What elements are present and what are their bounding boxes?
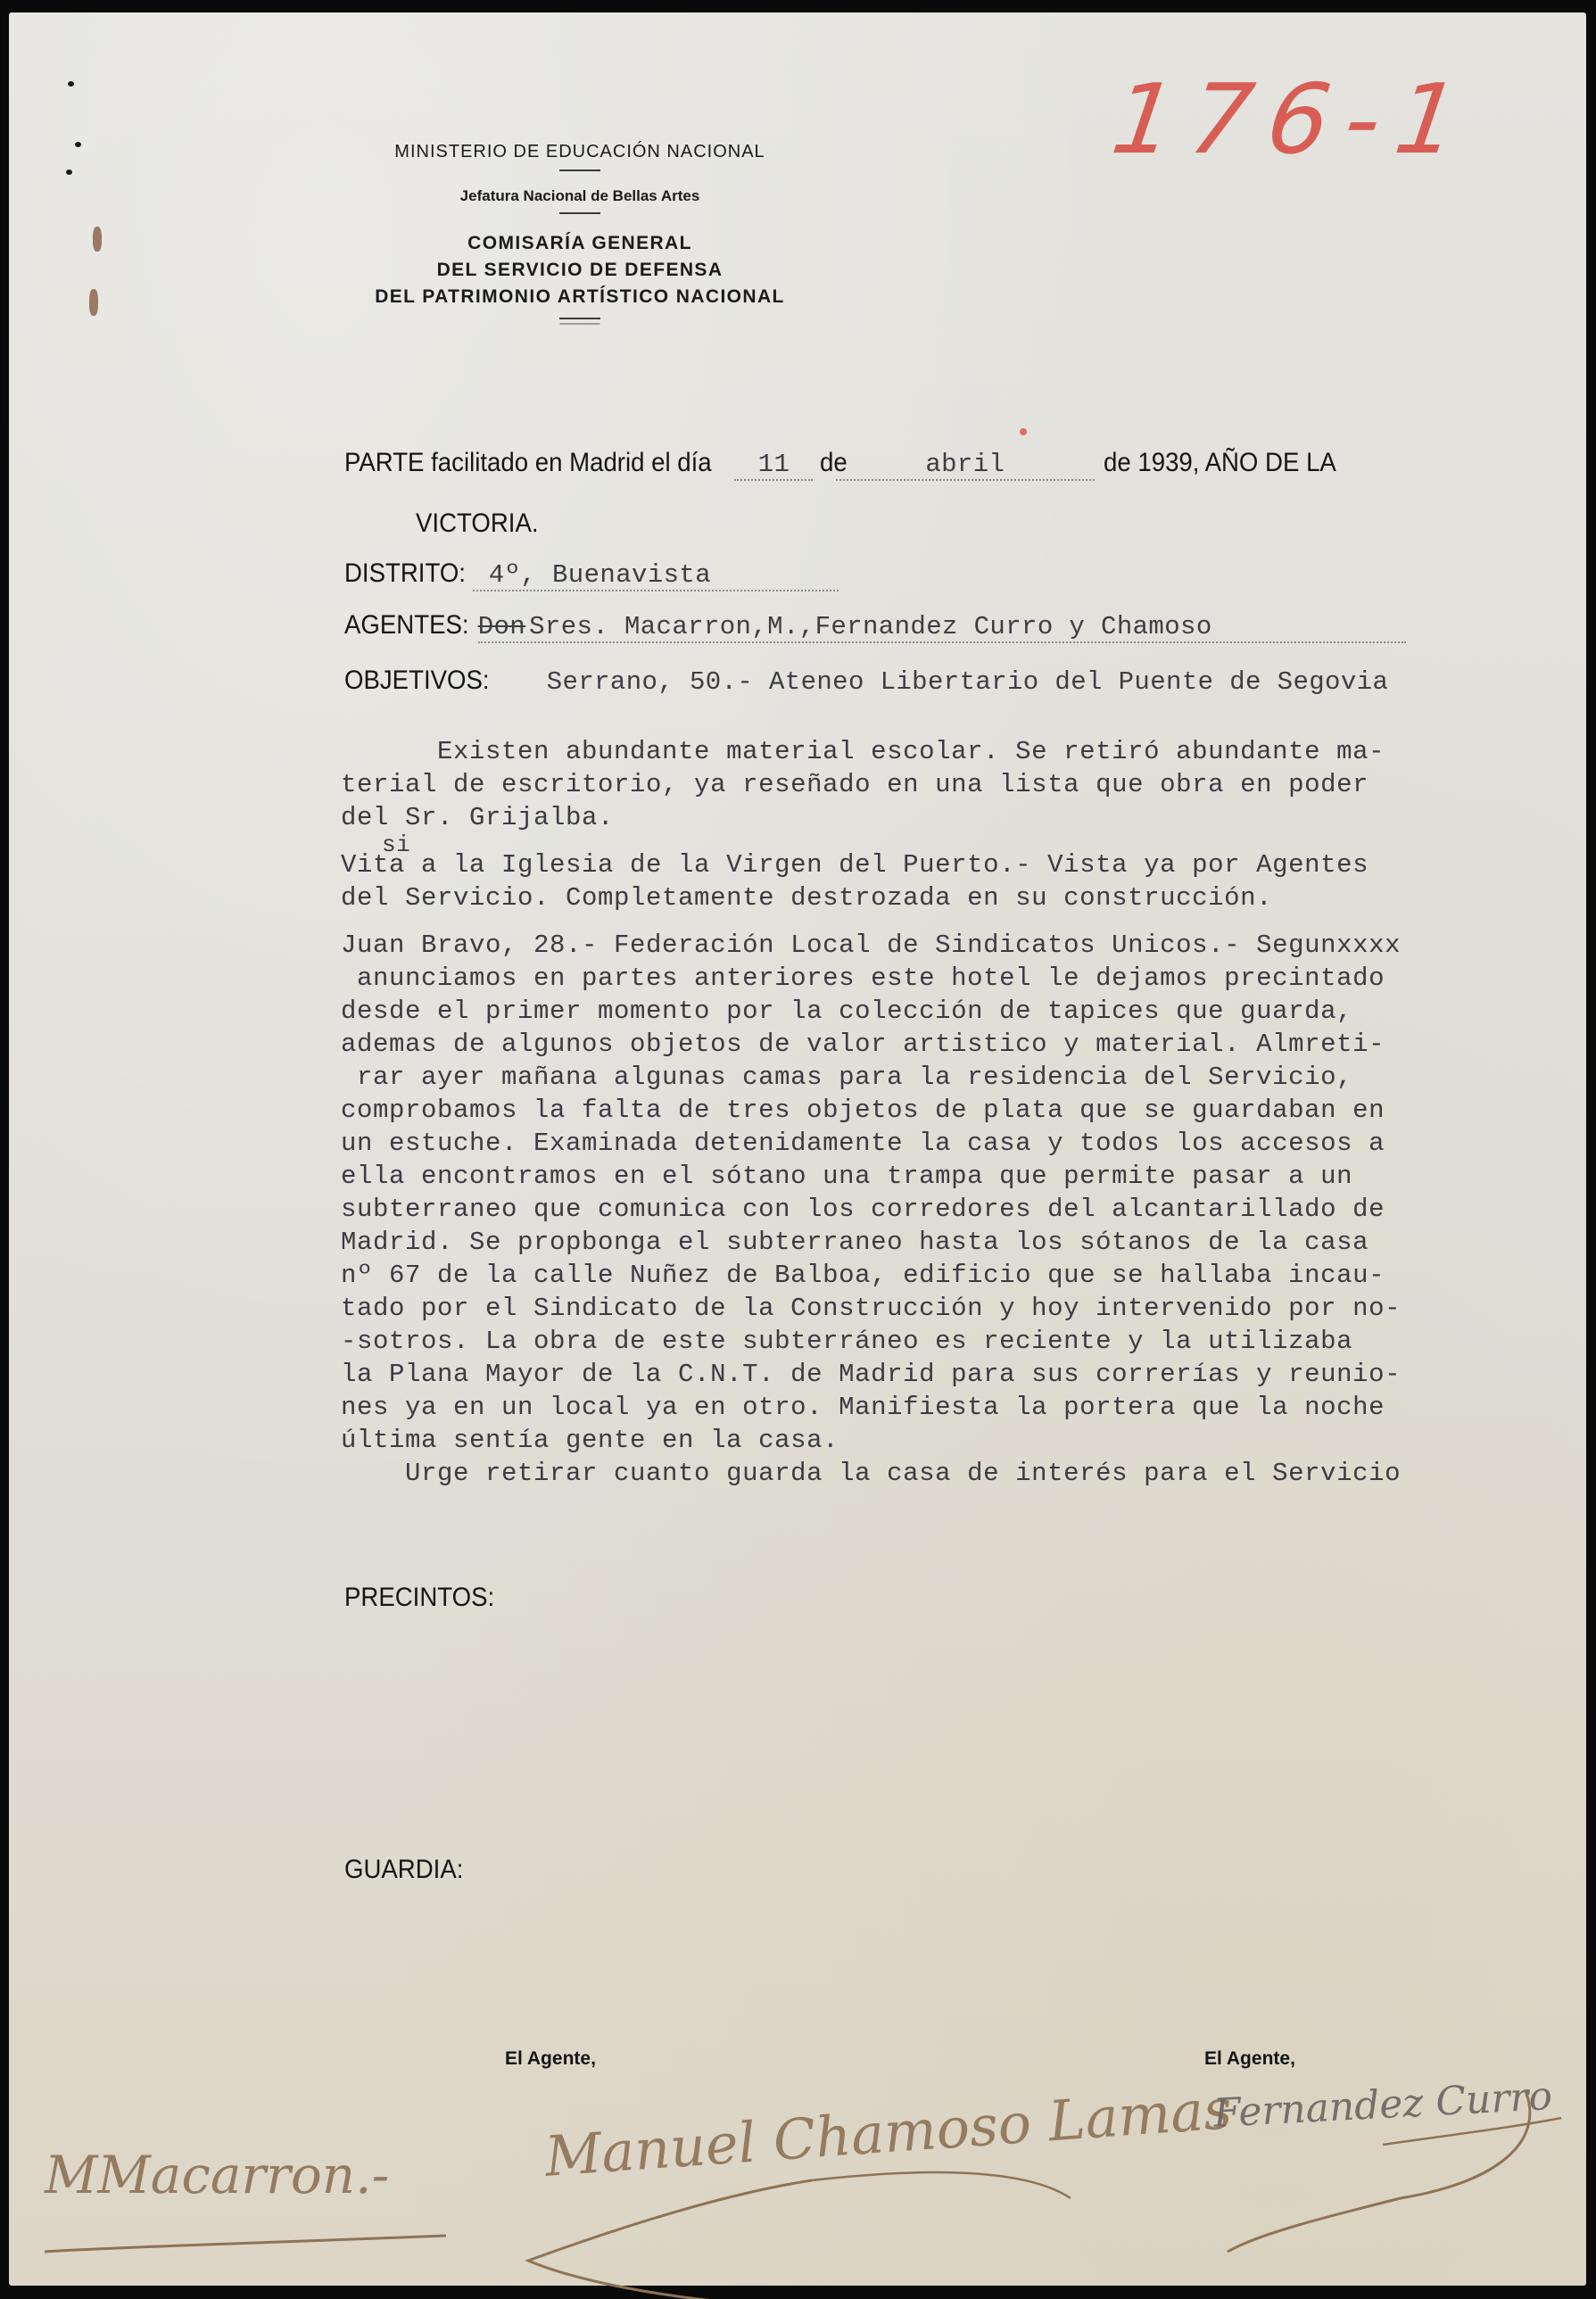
divider	[559, 170, 600, 171]
commission-line-3: DEL PATRIMONIO ARTÍSTICO NACIONAL	[339, 284, 821, 310]
handwritten-insert: si	[382, 829, 410, 862]
body-line: un estuche. Examinada detenidamente la c…	[341, 1127, 1572, 1160]
agent-label-right: El Agente,	[1204, 2048, 1295, 2070]
signature-flourish	[1222, 2082, 1579, 2261]
distrito-field: 4º, Buenavista	[473, 560, 839, 591]
agentes-label: AGENTES:	[344, 610, 469, 641]
body-line: ademas de algunos objetos de valor artis…	[341, 1028, 1572, 1061]
report-body: Existen abundante material escolar. Se r…	[341, 735, 1572, 1490]
divider	[559, 212, 600, 214]
paragraph-iglesia: si Vita a la Iglesia de la Virgen del Pu…	[341, 848, 1572, 914]
guardia-label: GUARDIA:	[344, 1855, 463, 1885]
agentes-struck-text: Don	[478, 612, 525, 641]
month-field: abril	[836, 450, 1095, 481]
commission-name: COMISARÍA GENERAL DEL SERVICIO DE DEFENS…	[339, 230, 821, 310]
body-line: Juan Bravo, 28.- Federación Local de Sin…	[341, 929, 1572, 962]
body-line: -sotros. La obra de este subterráneo es …	[341, 1325, 1572, 1358]
precintos-line: PRECINTOS:	[344, 1583, 508, 1613]
body-line: nº 67 de la calle Nuñez de Balboa, edifi…	[341, 1259, 1572, 1292]
red-pencil-dot	[1020, 428, 1027, 435]
body-line: Madrid. Se propbonga el subterraneo hast…	[341, 1226, 1572, 1259]
commission-line-1: COMISARÍA GENERAL	[339, 230, 821, 257]
victoria-line: VICTORIA.	[416, 509, 549, 539]
body-line: Vita a la Iglesia de la Virgen del Puert…	[341, 848, 1572, 881]
body-line: la Plana Mayor de la C.N.T. de Madrid pa…	[341, 1358, 1572, 1391]
year-label: de 1939, AÑO DE LA	[1104, 448, 1336, 478]
paragraph-juan-bravo: Juan Bravo, 28.- Federación Local de Sin…	[341, 929, 1572, 1490]
archive-reference-number: 176-1	[1105, 64, 1481, 176]
distrito-label: DISTRITO:	[344, 558, 466, 589]
body-line: terial de escritorio, ya reseñado en una…	[341, 768, 1572, 801]
punch-hole-mark	[66, 170, 72, 175]
day-value: 11	[758, 450, 790, 479]
guardia-line: GUARDIA:	[344, 1855, 474, 1885]
body-line: rar ayer mañana algunas camas para la re…	[341, 1061, 1572, 1094]
rust-stain	[93, 227, 102, 252]
agentes-value: Sres. Macarron,M.,Fernandez Curro y Cham…	[529, 612, 1212, 641]
report-date-line: PARTE facilitado en Madrid el día 11 de …	[344, 448, 1356, 481]
body-line: anunciamos en partes anteriores este hot…	[341, 962, 1572, 995]
objetivos-value: Serrano, 50.- Ateneo Libertario del Puen…	[547, 667, 1389, 697]
distrito-line: DISTRITO: 4º, Buenavista	[344, 558, 839, 591]
de-label: de	[820, 448, 848, 478]
agent-label-left: El Agente,	[505, 2048, 596, 2070]
victoria-label: VICTORIA.	[416, 509, 539, 539]
rust-stain	[89, 289, 98, 316]
body-line: nes ya en un local ya en otro. Manifiest…	[341, 1391, 1572, 1424]
punch-hole-mark	[75, 142, 81, 147]
ministry-name: MINISTERIO DE EDUCACIÓN NACIONAL	[339, 142, 821, 162]
body-line: Urge retirar cuanto guarda la casa de in…	[341, 1457, 1572, 1490]
signature-flourish	[517, 2145, 1142, 2299]
body-line: Existen abundante material escolar. Se r…	[341, 735, 1572, 768]
letterhead: MINISTERIO DE EDUCACIÓN NACIONAL Jefatur…	[339, 142, 821, 319]
body-line: comprobamos la falta de tres objetos de …	[341, 1094, 1572, 1127]
distrito-value: 4º, Buenavista	[489, 560, 711, 590]
body-line: ella encontramos en el sótano una trampa…	[341, 1160, 1572, 1193]
month-value: abril	[925, 450, 1005, 479]
objetivos-label: OBJETIVOS:	[344, 666, 490, 696]
paragraph-material-escolar: Existen abundante material escolar. Se r…	[341, 735, 1572, 834]
agentes-line: AGENTES: Don Sres. Macarron,M.,Fernandez…	[344, 610, 1406, 643]
document-page: 176-1 MINISTERIO DE EDUCACIÓN NACIONAL J…	[9, 12, 1586, 2286]
parte-label: PARTE facilitado en Madrid el día	[344, 448, 712, 478]
body-line: última sentía gente en la casa.	[341, 1424, 1572, 1457]
objetivos-line: OBJETIVOS: Serrano, 50.- Ateneo Libertar…	[344, 666, 1388, 697]
body-line: tado por el Sindicato de la Construcción…	[341, 1292, 1572, 1325]
body-line: del Sr. Grijalba.	[341, 801, 1572, 834]
day-field: 11	[734, 450, 813, 481]
department-name: Jefatura Nacional de Bellas Artes	[339, 187, 821, 205]
commission-line-2: DEL SERVICIO DE DEFENSA	[339, 257, 821, 284]
agentes-field: Don Sres. Macarron,M.,Fernandez Curro y …	[478, 612, 1406, 643]
divider	[559, 318, 600, 319]
punch-hole-mark	[68, 81, 74, 87]
body-line: desde el primer momento por la colección…	[341, 995, 1572, 1028]
signature-flourish	[36, 2163, 455, 2261]
precintos-label: PRECINTOS:	[344, 1583, 494, 1613]
body-line: subterraneo que comunica con los corredo…	[341, 1193, 1572, 1226]
body-line: del Servicio. Completamente destrozada e…	[341, 881, 1572, 914]
